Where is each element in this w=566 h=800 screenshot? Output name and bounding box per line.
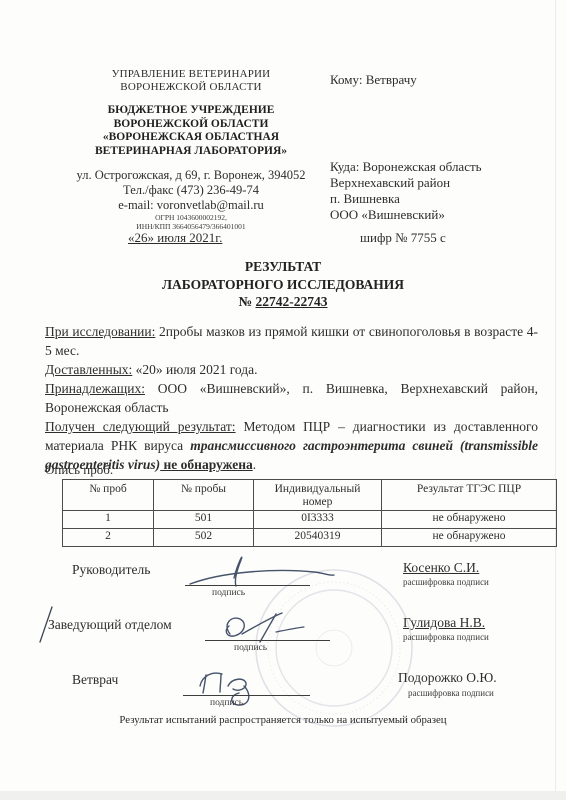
- recipient-address-line: Куда: Воронежская область: [330, 159, 482, 175]
- document-title: РЕЗУЛЬТАТ ЛАБОРАТОРНОГО ИССЛЕДОВАНИЯ № 2…: [0, 258, 566, 311]
- cell-pcr-result: не обнаружено: [382, 511, 557, 529]
- signature-caption: подпись: [212, 588, 245, 598]
- samples-table: № проб № пробы Индивидуальный номер Резу…: [62, 479, 557, 547]
- table-row: 2 502 20540319 не обнаружено: [63, 529, 557, 547]
- org-name-line: ВЕТЕРИНАРНАЯ ЛАБОРАТОРИЯ»: [45, 145, 337, 159]
- signature-decipher-caption: расшифровка подписи: [403, 632, 489, 642]
- paragraph-text: «20» июля 2021 года.: [132, 362, 257, 377]
- org-email: e-mail: voronvetlab@mail.ru: [45, 198, 337, 213]
- report-number: 22742-22743: [255, 294, 327, 309]
- signer-name: Косенко С.И.: [403, 560, 479, 576]
- paragraph-delivered: Доставленных: «20» июля 2021 года.: [45, 360, 538, 379]
- signature-caption: подпись: [234, 643, 267, 653]
- signature-decipher-caption: расшифровка подписи: [408, 688, 494, 698]
- org-header-block: УПРАВЛЕНИЕ ВЕТЕРИНАРИИ ВОРОНЕЖСКОЙ ОБЛАС…: [45, 68, 337, 231]
- recipient-address-line: п. Вишневка: [330, 191, 482, 207]
- title-line: ЛАБОРАТОРНОГО ИССЛЕДОВАНИЯ: [0, 276, 566, 294]
- scan-bottom-shadow: [0, 791, 566, 800]
- signer-name: Гулидова Н.В.: [403, 615, 485, 631]
- report-body: При исследовании: 2пробы мазков из прямо…: [45, 322, 538, 474]
- paragraph-label: Получен следующий результат:: [45, 419, 236, 434]
- result-not-detected: не обнаружена: [160, 457, 253, 472]
- col-header-pcr-result: Результат ТГЭС ПЦР: [382, 480, 557, 511]
- signer-role: Ветврач: [72, 672, 118, 688]
- col-header-sample-id: № пробы: [154, 480, 254, 511]
- col-header-individual-number: Индивидуальный номер: [254, 480, 382, 511]
- document-date: «26» июля 2021г.: [128, 230, 222, 246]
- paragraph-examined: При исследовании: 2пробы мазков из прямо…: [45, 322, 538, 360]
- scan-edge-shadow: [555, 0, 556, 800]
- table-header-row: № проб № пробы Индивидуальный номер Резу…: [63, 480, 557, 511]
- paragraph-result: Получен следующий результат: Методом ПЦР…: [45, 417, 538, 474]
- title-number-line: № 22742-22743: [0, 293, 566, 311]
- authority-name-line: ВОРОНЕЖСКОЙ ОБЛАСТИ: [45, 81, 337, 94]
- org-name-line: БЮДЖЕТНОЕ УЧРЕЖДЕНИЕ: [45, 104, 337, 118]
- table-caption: Опись проб.: [45, 462, 113, 478]
- signature-caption: подпись: [210, 698, 243, 708]
- paragraph-label: При исследовании:: [45, 324, 155, 339]
- paragraph-label: Принадлежащих:: [45, 381, 145, 396]
- number-sign: №: [239, 294, 256, 309]
- cell-sample-no: 2: [63, 529, 154, 547]
- cell-pcr-result: не обнаружено: [382, 529, 557, 547]
- recipient-address-line: Верхнехавский район: [330, 175, 482, 191]
- cell-sample-id: 502: [154, 529, 254, 547]
- authority-name-line: УПРАВЛЕНИЕ ВЕТЕРИНАРИИ: [45, 68, 337, 81]
- signature-line: [205, 640, 330, 641]
- cell-sample-id: 501: [154, 511, 254, 529]
- recipient-address-line: ООО «Вишневский»: [330, 207, 482, 223]
- paragraph-label: Доставленных:: [45, 362, 132, 377]
- signature-line: [183, 695, 310, 696]
- org-phone: Тел./факс (473) 236-49-74: [45, 183, 337, 198]
- cipher-number: шифр № 7755 с: [360, 230, 446, 246]
- signer-role: Заведующий отделом: [48, 617, 172, 633]
- table-row: 1 501 0I3333 не обнаружено: [63, 511, 557, 529]
- recipient-to: Кому: Ветврачу: [330, 72, 417, 88]
- footer-disclaimer: Результат испытаний распространяется тол…: [0, 714, 566, 726]
- org-name-line: ВОРОНЕЖСКОЙ ОБЛАСТИ: [45, 118, 337, 132]
- org-ogrn: ОГРН 1043600002192,: [45, 213, 337, 222]
- cell-individual-number: 20540319: [254, 529, 382, 547]
- recipient-address-block: Куда: Воронежская область Верхнехавский …: [330, 159, 482, 223]
- paragraph-text: .: [253, 457, 256, 472]
- cell-sample-no: 1: [63, 511, 154, 529]
- org-name-line: «ВОРОНЕЖСКАЯ ОБЛАСТНАЯ: [45, 131, 337, 145]
- document-page: УПРАВЛЕНИЕ ВЕТЕРИНАРИИ ВОРОНЕЖСКОЙ ОБЛАС…: [0, 0, 566, 800]
- signer-role: Руководитель: [72, 562, 150, 578]
- paragraph-owner: Принадлежащих: ООО «Вишневский», п. Вишн…: [45, 379, 538, 417]
- signature-line: [185, 585, 310, 586]
- org-address: ул. Острогожская, д 69, г. Воронеж, 3940…: [45, 168, 337, 183]
- title-line: РЕЗУЛЬТАТ: [0, 258, 566, 276]
- cell-individual-number: 0I3333: [254, 511, 382, 529]
- col-header-sample-no: № проб: [63, 480, 154, 511]
- signer-name: Подорожко О.Ю.: [398, 670, 497, 686]
- signature-decipher-caption: расшифровка подписи: [403, 577, 489, 587]
